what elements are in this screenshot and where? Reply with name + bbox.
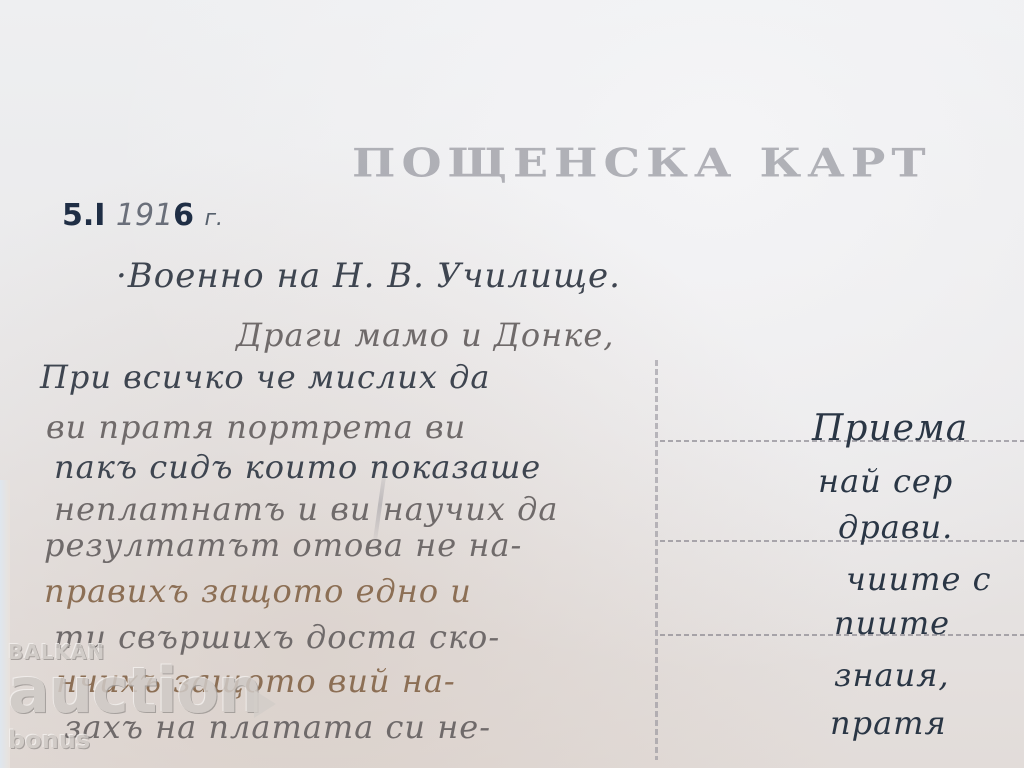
right-line: драви. — [838, 508, 953, 546]
letter-line-address: ·Военно на Н. В. Училище. — [116, 256, 621, 296]
date-year-last-digit: 6 — [173, 198, 194, 233]
watermark-main: auction — [8, 654, 261, 727]
handwritten-date: 5.I 1916 г. — [62, 198, 223, 233]
date-day-month: 5.I — [62, 198, 105, 233]
letter-line: пакъ сидъ които показаше — [54, 448, 541, 486]
letter-line: резултатът отова не на- — [44, 526, 522, 564]
postcard-back: ПОЩЕНСКА КАРТ 5.I 1916 г. ·Военно на Н. … — [0, 0, 1024, 768]
right-line: знаия, — [834, 656, 950, 694]
letter-line: правихъ защото едно и — [44, 572, 472, 610]
right-line: пратя — [830, 704, 947, 742]
letter-line: ти свършихъ доста ско- — [54, 618, 500, 656]
date-year: 191 — [116, 198, 173, 233]
date-suffix: г. — [204, 206, 223, 231]
letter-line-greeting: Драги мамо и Донке, — [236, 316, 614, 354]
address-divider — [655, 360, 658, 760]
play-icon — [254, 690, 276, 718]
right-line: най сер — [818, 462, 953, 500]
watermark-bottom: bonus — [8, 726, 90, 754]
right-line: Приема — [812, 408, 968, 449]
letter-line: неплатнатъ и ви научих да — [54, 490, 558, 528]
letter-line: ви пратя портрета ви — [46, 408, 466, 446]
printed-heading: ПОЩЕНСКА КАРТ — [352, 140, 932, 186]
right-line: пиите — [834, 604, 950, 642]
letter-line: При всичко че мислих да — [40, 358, 490, 396]
right-line: чиите с — [846, 560, 992, 598]
